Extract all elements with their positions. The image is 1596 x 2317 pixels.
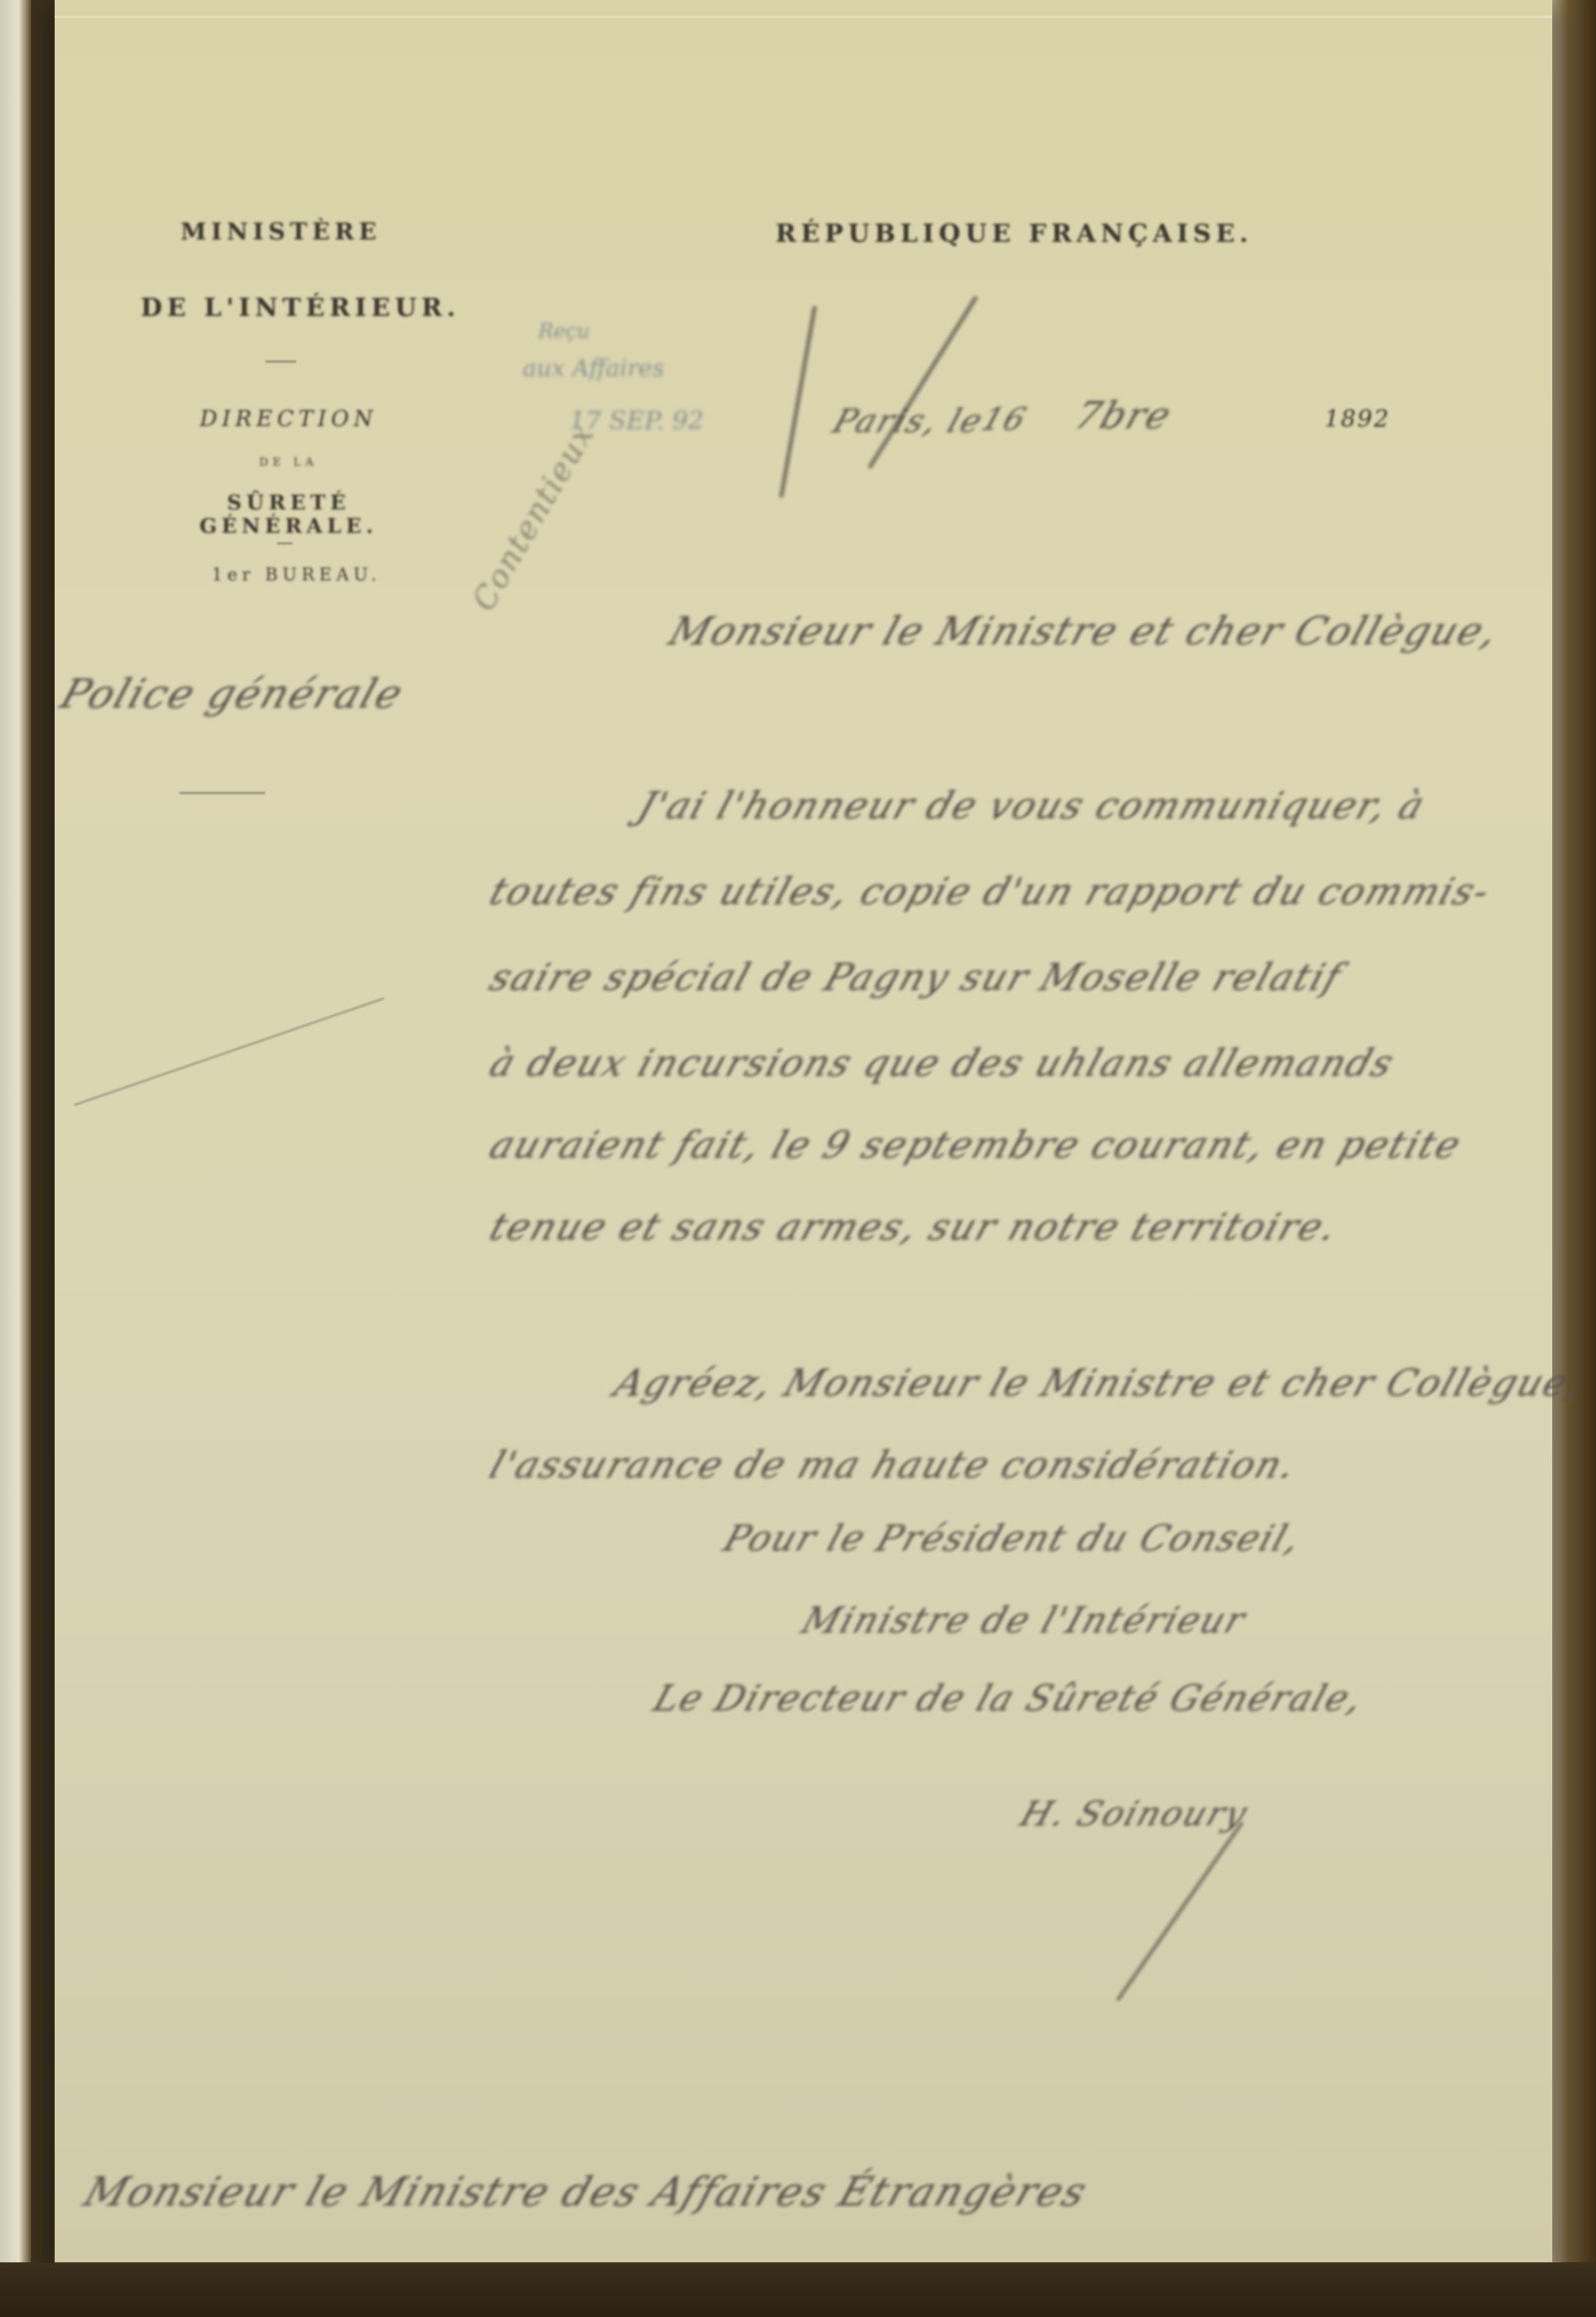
signature: H. Soinoury bbox=[1016, 1794, 1254, 1834]
marginal-note: Contentieux bbox=[466, 417, 601, 617]
received-stamp-line2: aux Affaires bbox=[523, 355, 665, 382]
signature-block-line: Ministre de l'Intérieur bbox=[796, 1599, 1251, 1641]
direction-label: DIRECTION bbox=[195, 406, 382, 431]
pen-stroke bbox=[867, 295, 979, 470]
ornament-divider bbox=[265, 360, 296, 363]
body-line: J'ai l'honneur de vous communiquer, à bbox=[633, 784, 1431, 828]
ministry-line1: MINISTÈRE bbox=[164, 218, 398, 246]
closing-line: Agréez, Monsieur le Ministre et cher Col… bbox=[609, 1361, 1588, 1405]
dateline-place: Paris, le bbox=[828, 402, 988, 440]
ministry-line2: DE L'INTÉRIEUR. bbox=[117, 293, 484, 322]
dateline-year: 1892 bbox=[1310, 406, 1404, 433]
signature-block-line: Le Directeur de la Sûreté Générale, bbox=[648, 1677, 1369, 1719]
pen-stroke bbox=[778, 305, 817, 498]
body-line: saire spécial de Pagny sur Moselle relat… bbox=[484, 956, 1348, 999]
addressee: Monsieur le Ministre des Affaires Étrang… bbox=[78, 2169, 1094, 2216]
body-line: à deux incursions que des uhlans alleman… bbox=[484, 1041, 1400, 1085]
republique-francaise: RÉPUBLIQUE FRANÇAISE. bbox=[718, 218, 1310, 248]
body-line: tenue et sans armes, sur notre territoir… bbox=[484, 1205, 1344, 1249]
margin-line bbox=[74, 997, 385, 1106]
stacked-pages-edge bbox=[1549, 0, 1596, 2317]
letter-page: MINISTÈRE DE L'INTÉRIEUR. DIRECTION DE L… bbox=[55, 0, 1552, 2266]
closing-line: l'assurance de ma haute considération. bbox=[484, 1443, 1303, 1487]
salutation: Monsieur le Ministre et cher Collègue, bbox=[664, 609, 1505, 654]
body-line: auraient fait, le 9 septembre courant, e… bbox=[484, 1123, 1467, 1167]
de-la-label: DE LA bbox=[257, 456, 320, 469]
signature-flourish bbox=[1115, 1821, 1244, 2002]
ornament-divider-3 bbox=[179, 792, 265, 794]
dateline-month: 7bre bbox=[1069, 394, 1178, 438]
body-line: toutes fins utiles, copie d'un rapport d… bbox=[484, 870, 1496, 914]
received-stamp-line1: Reçu bbox=[538, 320, 590, 343]
signature-block-line: Pour le Président du Conseil, bbox=[718, 1517, 1307, 1559]
ornament-divider-2 bbox=[277, 542, 293, 545]
adjacent-sheet-edge bbox=[0, 0, 31, 2278]
bureau-label: 1er BUREAU. bbox=[203, 566, 390, 585]
service-handwritten: Police générale bbox=[55, 671, 410, 718]
table-shadow bbox=[0, 2262, 1596, 2317]
surete-generale-label: SÛRETÉ GÉNÉRALE. bbox=[148, 491, 429, 538]
